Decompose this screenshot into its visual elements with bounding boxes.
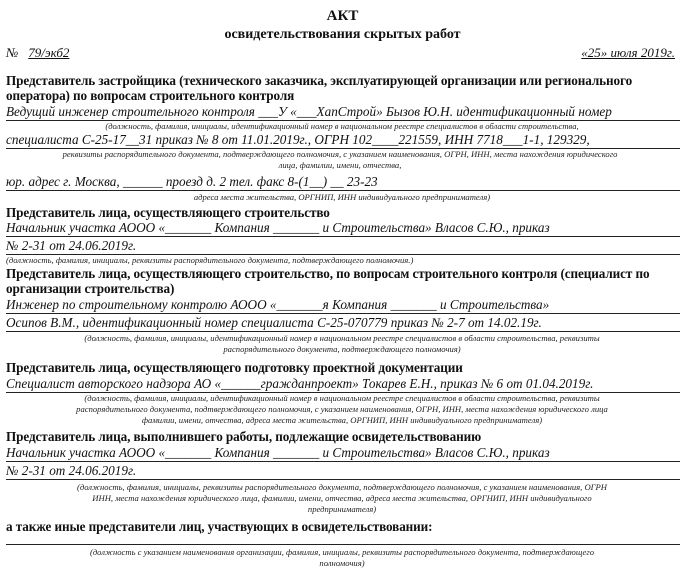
field-developer-line-3[interactable]: юр. адрес г. Москва, ______ проезд д. 2 … [6, 173, 680, 191]
section-heading-builder: Представитель лица, осуществляющего стро… [6, 205, 678, 220]
field-builder-line-2[interactable]: № 2-31 от 24.06.2019г. [6, 237, 680, 255]
section-heading-other: а также иные представители лиц, участвую… [6, 519, 678, 534]
number-label: № [6, 45, 18, 60]
act-number: №79/экб2 [6, 45, 69, 61]
number-value[interactable]: 79/экб2 [28, 45, 69, 60]
hint-builder-control-1: (должность, фамилия, инициалы, идентифик… [6, 333, 678, 344]
section-heading-developer: Представитель застройщика (технического … [6, 73, 678, 103]
field-contractor-line-2[interactable]: № 2-31 от 24.06.2019г. [6, 462, 680, 480]
hint-developer-3: адреса места жительства, ОРГНИП, ИНН инд… [6, 192, 678, 203]
section-heading-designer: Представитель лица, осуществляющего подг… [6, 360, 678, 375]
hint-designer-1: (должность, фамилия, инициалы, идентифик… [6, 393, 678, 404]
act-date[interactable]: «25» июля 2019г. [581, 45, 675, 61]
document-subtitle: освидетельствования скрытых работ [0, 27, 685, 43]
field-other-blank-line[interactable] [6, 544, 680, 545]
field-developer-line-1[interactable]: Ведущий инженер строительного контроля _… [6, 103, 680, 121]
hint-builder-1: (должность, фамилия, инициалы, реквизиты… [6, 255, 678, 266]
section-heading-contractor: Представитель лица, выполнившего работы,… [6, 429, 678, 444]
hint-contractor-3: предпринимателя) [6, 504, 678, 515]
field-builder-control-line-1[interactable]: Инженер по строительному контролю АООО «… [6, 296, 680, 314]
field-designer-line-1[interactable]: Специалист авторского надзора АО «______… [6, 375, 680, 393]
document-title: АКТ [0, 8, 685, 25]
hint-contractor-2: ИНН, места нахождения юридического лица,… [6, 493, 678, 504]
field-builder-control-line-2[interactable]: Осипов В.М., идентификационный номер спе… [6, 314, 680, 332]
hint-contractor-1: (должность, фамилия, инициалы, реквизиты… [6, 482, 678, 493]
section-heading-builder-control: Представитель лица, осуществляющего стро… [6, 266, 678, 296]
hint-designer-2: распорядительного документа, подтверждаю… [6, 404, 678, 415]
hint-builder-control-2: распорядительного документа, подтверждаю… [6, 344, 678, 355]
hint-other-2: полномочия) [6, 558, 678, 569]
hint-designer-3: фамилии, имени, отчества, адреса места ж… [6, 415, 678, 426]
field-contractor-line-1[interactable]: Начальник участка АООО «_______ Компания… [6, 444, 680, 462]
hint-developer-2: реквизиты распорядительного документа, п… [60, 149, 620, 171]
field-builder-line-1[interactable]: Начальник участка АООО «_______ Компания… [6, 219, 680, 237]
hint-other-1: (должность с указанием наименования орга… [6, 547, 678, 558]
field-developer-line-2[interactable]: специалиста С-25-17__31 приказ № 8 от 11… [6, 131, 680, 149]
